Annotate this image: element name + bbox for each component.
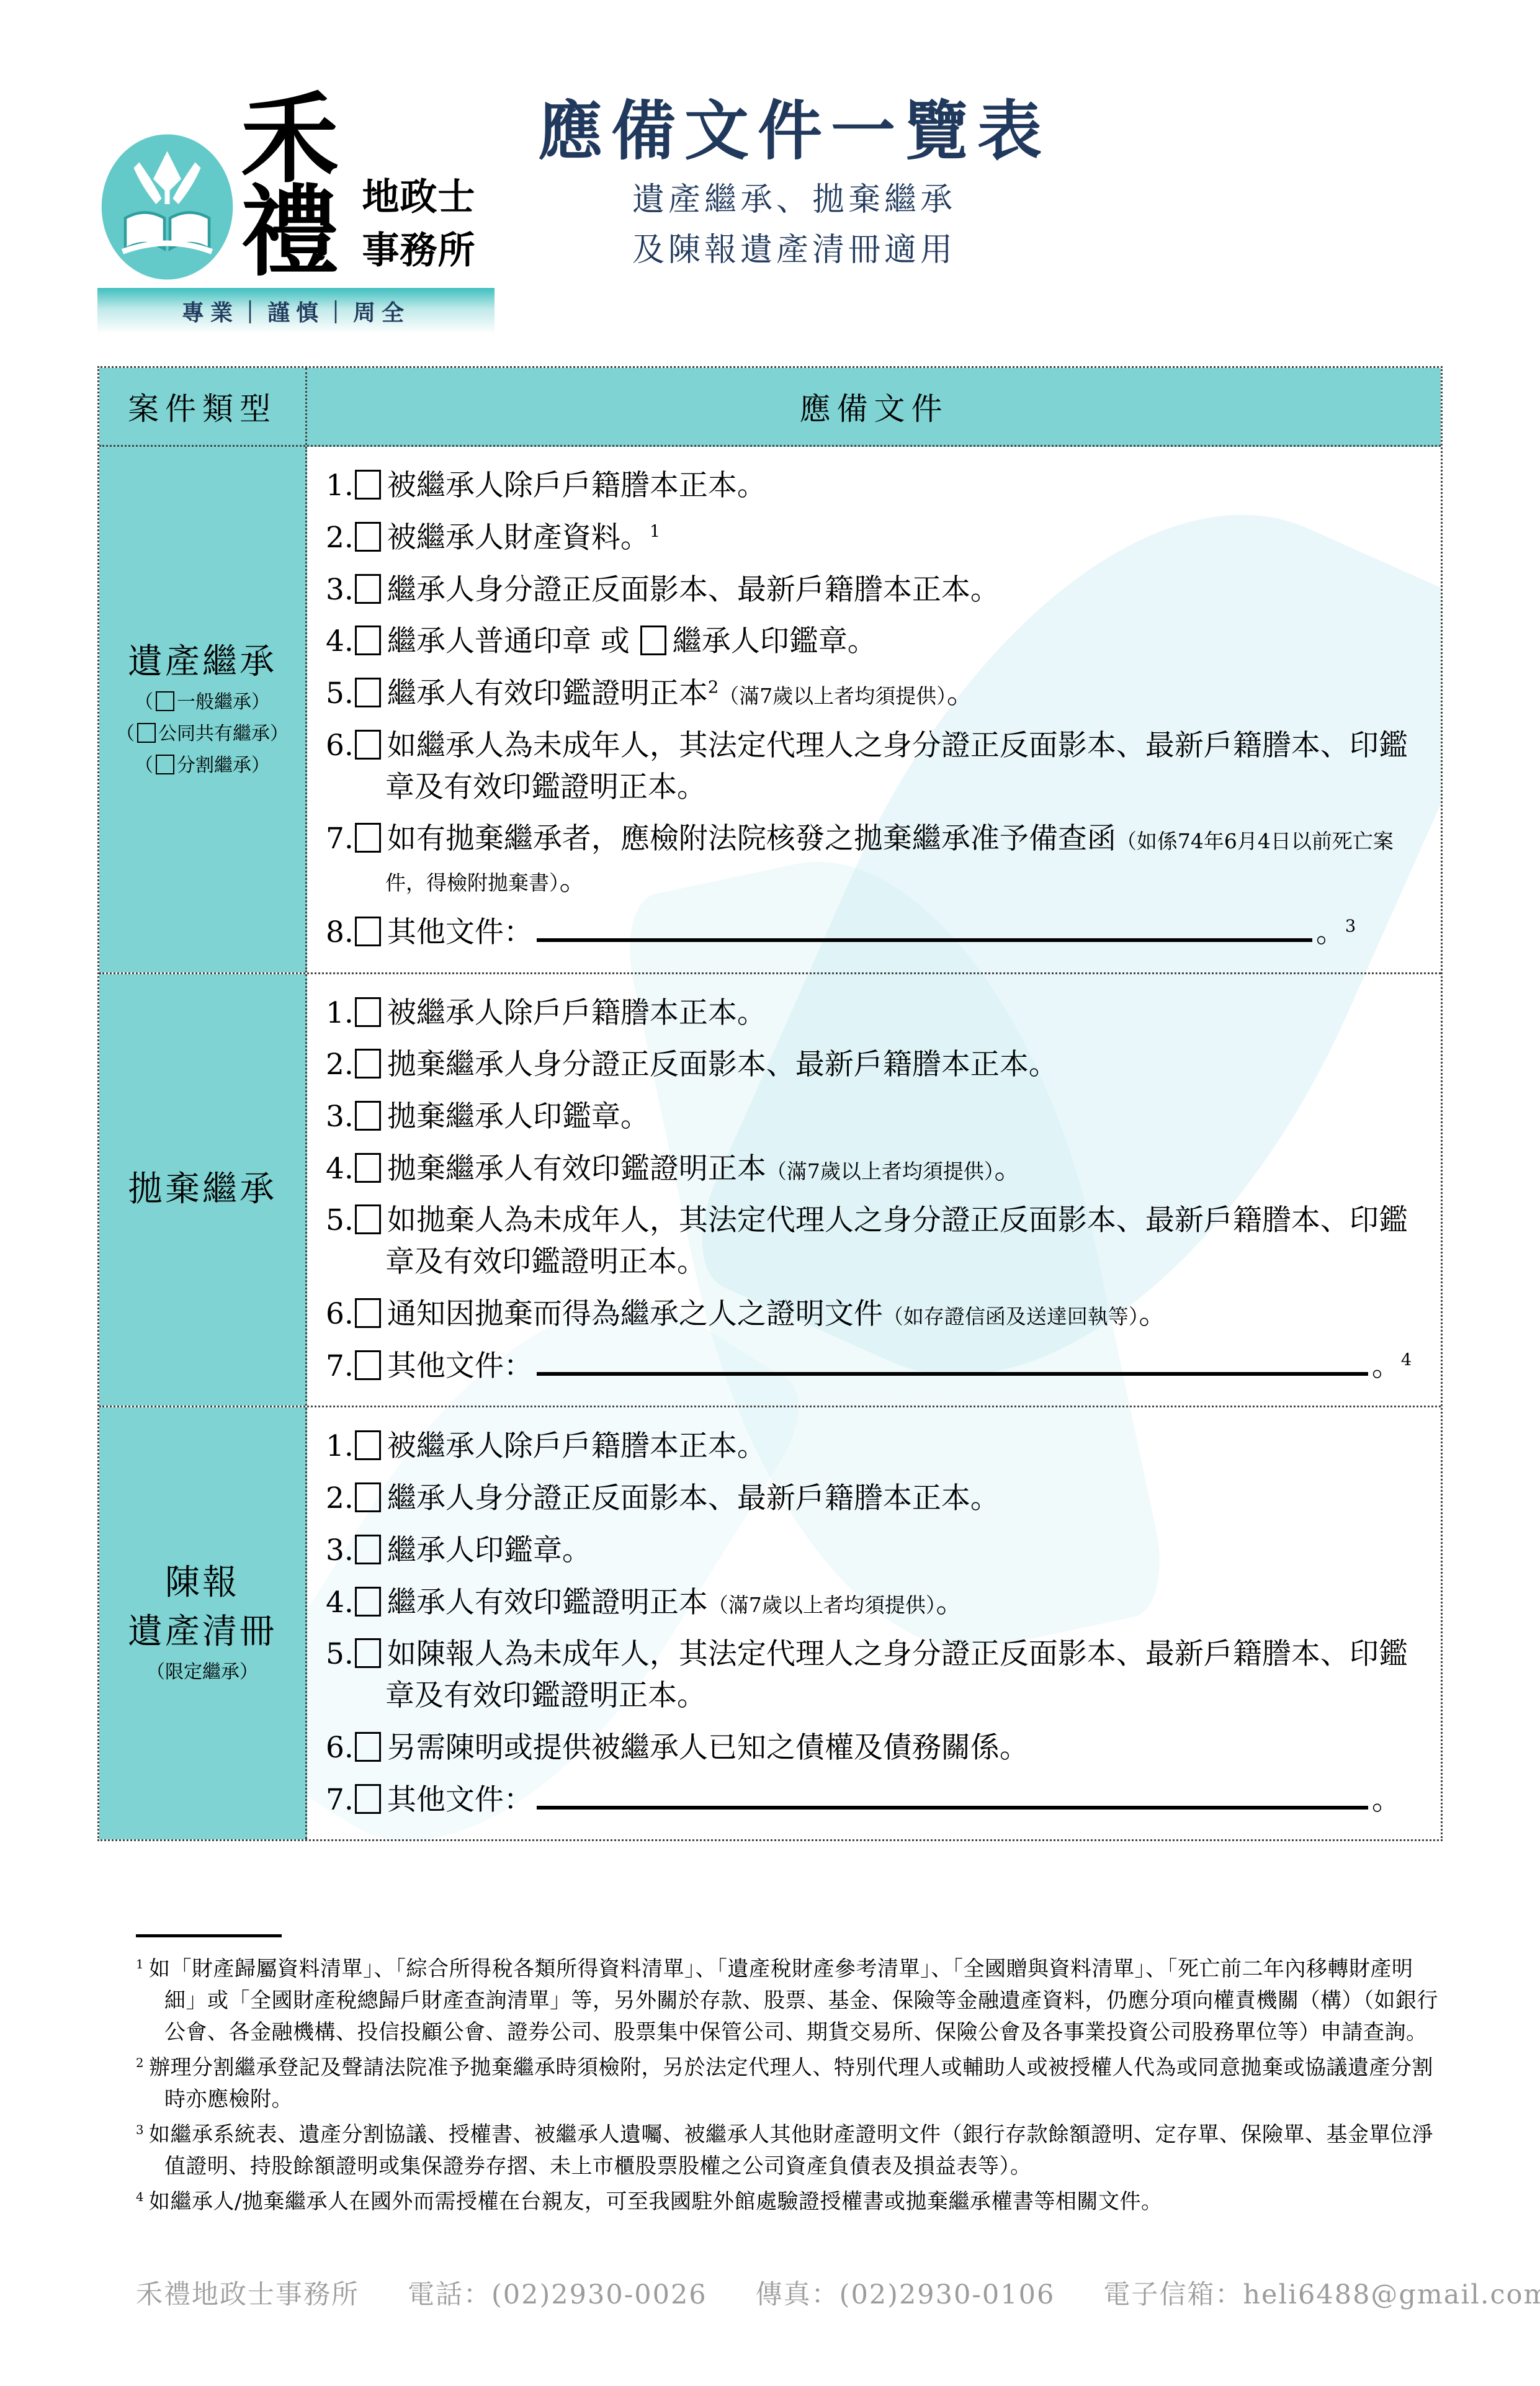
table-header-row: 案件類型 應備文件 [99,368,1441,447]
item-text: 分割繼承） [177,755,270,776]
checkbox[interactable] [355,1638,381,1668]
document-page: 禾禮 地政士事務所 專業｜謹慎｜周全 應備文件一覽表 遺產繼承、拋棄繼承 及陳報… [0,0,1540,2386]
checklist-item: 3.拋棄繼承人印鑑章。 [326,1097,1425,1138]
checkbox[interactable] [355,1350,381,1380]
item-text: 繼承人印鑑章。 [387,1533,591,1567]
brand-small-text: 地政士事務所 [362,168,501,279]
checkbox[interactable] [156,755,174,774]
checkbox[interactable] [355,1535,381,1564]
footnote-ref: 3 [1345,917,1356,936]
item-text: 。 [947,676,976,711]
small-note: （滿7歲以上者均須提供） [766,1159,995,1183]
item-text: 被繼承人除戶戶籍謄本正本。 [387,996,766,1030]
item-text: 拋棄繼承人有效印鑑證明正本 [387,1152,766,1186]
checklist-item: 7.其他文件：。 [326,1780,1425,1821]
item-number: 2. [326,1481,354,1515]
checklist-item: 8.其他文件：。3 [326,912,1425,954]
checklist-item: 5.如陳報人為未成年人，其法定代理人之身分證正反面影本、最新戶籍謄本、印鑑章及有… [326,1634,1425,1716]
checkbox[interactable] [355,1587,381,1617]
case-type-option: （限定繼承） [146,1656,258,1688]
footer-fax: 傳真：(02)2930-0106 [756,2274,1055,2312]
footnote: 1如「財產歸屬資料清單」、「綜合所得稅各類所得資料清單」、「遺產稅財產參考清單」… [136,1953,1443,2048]
footnote: 4如繼承人/拋棄繼承人在國外而需授權在台親友，可至我國駐外館處驗證授權書或拋棄繼… [136,2186,1443,2218]
checkbox[interactable] [355,574,381,604]
footnote-number: 4 [136,2190,144,2204]
checklist-item: 4.繼承人普通印章 或 繼承人印鑑章。 [326,621,1425,663]
item-number: 5. [326,1637,354,1671]
item-text: 繼承人有效印鑑證明正本 [387,1585,708,1620]
table-row: 拋棄繼承1.被繼承人除戶戶籍謄本正本。2.拋棄繼承人身分證正反面影本、最新戶籍謄… [99,974,1441,1408]
item-number: 5. [326,1203,354,1237]
item-text: 如有拋棄繼承者，應檢附法院核發之拋棄繼承准予備查函 [387,822,1116,856]
case-type-option: （一般繼承） [135,686,270,718]
checkbox[interactable] [355,626,381,655]
item-text: 通知因拋棄而得為繼承之人之證明文件 [387,1297,883,1331]
item-text: 拋棄繼承人身分證正反面影本、最新戶籍謄本正本。 [387,1047,1058,1082]
case-type-title: 拋棄繼承 [128,1165,277,1214]
item-number: 6. [326,729,354,763]
item-text: 另需陳明或提供被繼承人已知之債權及債務關係。 [387,1731,1029,1765]
checkbox[interactable] [355,1784,381,1814]
checkbox[interactable] [355,470,381,500]
table-body: 遺產繼承（一般繼承）（公同共有繼承）（分割繼承）1.被繼承人除戶戶籍謄本正本。2… [99,447,1441,1839]
table-row: 陳報遺產清冊（限定繼承）1.被繼承人除戶戶籍謄本正本。2.繼承人身分證正反面影本… [99,1407,1441,1839]
item-number: 5. [326,676,354,711]
footnote-ref: 2 [708,678,719,697]
item-number: 1. [326,996,354,1030]
checkbox[interactable] [355,997,381,1027]
page-subtitle: 遺產繼承、拋棄繼承 及陳報遺產清冊適用 [538,175,1050,275]
case-type-cell: 拋棄繼承 [99,974,307,1406]
item-text: 。 [1372,1783,1401,1817]
checkbox[interactable] [137,723,156,743]
item-text: 被繼承人除戶戶籍謄本正本。 [387,469,766,503]
item-number: 6. [326,1297,354,1331]
item-text: 繼承人普通印章 或 [387,624,639,658]
item-text: 其他文件： [387,1349,533,1383]
item-number: 3. [326,573,354,607]
footnotes: 1如「財產歸屬資料清單」、「綜合所得稅各類所得資料清單」、「遺產稅財產參考清單」… [136,1934,1443,2218]
item-number: 2. [326,521,354,555]
footnote-text: 如繼承人/拋棄繼承人在國外而需授權在台親友，可至我國駐外館處驗證授權書或拋棄繼承… [149,2189,1162,2214]
item-text: 如陳報人為未成年人，其法定代理人之身分證正反面影本、最新戶籍謄本、印鑑章及有效印… [385,1637,1408,1713]
checklist-item: 4.繼承人有效印鑑證明正本（滿7歲以上者均須提供）。 [326,1582,1425,1624]
footnote-text: 如「財產歸屬資料清單」、「綜合所得稅各類所得資料清單」、「遺產稅財產參考清單」、… [149,1957,1438,2045]
logo: 禾禮 地政士事務所 專業｜謹慎｜周全 [97,93,501,334]
item-text: （限定繼承） [146,1661,258,1683]
item-text: 。 [936,1585,965,1620]
item-number: 8. [326,915,354,949]
footer-email: 電子信箱：heli6488@gmail.com [1103,2274,1540,2312]
item-text: 繼承人身分證正反面影本、最新戶籍謄本正本。 [387,573,1000,607]
item-text: 其他文件： [387,915,533,949]
footer-phone: 電話：(02)2930-0026 [408,2274,707,2312]
item-text: 拋棄繼承人印鑑章。 [387,1100,650,1134]
brand-large-text: 禾禮 [241,93,362,279]
checkbox[interactable] [355,1204,381,1234]
item-text: （ [135,691,153,713]
checklist-item: 1.被繼承人除戶戶籍謄本正本。 [326,465,1425,507]
item-text: 。 [1372,1349,1401,1383]
item-number: 4. [326,1152,354,1186]
checkbox[interactable] [355,522,381,552]
checklist-item: 5.繼承人有效印鑑證明正本2（滿7歲以上者均須提供）。 [326,673,1425,715]
footnote-separator [136,1934,282,1937]
item-text: 。 [1316,915,1345,949]
subtitle-line-1: 遺產繼承、拋棄繼承 [538,175,1050,225]
checklist-item: 7.如有拋棄繼承者，應檢附法院核發之拋棄繼承准予備查函（如係74年6月4日以前死… [326,819,1425,901]
brand-tagline: 專業｜謹慎｜周全 [182,295,410,327]
small-note: （滿7歲以上者均須提供） [719,684,947,708]
checkbox[interactable] [355,1430,381,1460]
item-text: 繼承人身分證正反面影本、最新戶籍謄本正本。 [387,1481,1000,1515]
fill-in-line[interactable] [537,1803,1368,1810]
item-text: 公同共有繼承） [158,723,289,745]
checkbox[interactable] [355,1049,381,1079]
documents-cell: 1.被繼承人除戶戶籍謄本正本。2.拋棄繼承人身分證正反面影本、最新戶籍謄本正本。… [307,974,1441,1406]
footnote-list: 1如「財產歸屬資料清單」、「綜合所得稅各類所得資料清單」、「遺產稅財產參考清單」… [136,1953,1443,2218]
item-text: 如繼承人為未成年人，其法定代理人之身分證正反面影本、最新戶籍謄本、印鑑章及有效印… [385,729,1408,804]
footnote-ref: 4 [1401,1350,1412,1370]
checklist-item: 2.被繼承人財產資料。1 [326,518,1425,559]
logo-icon [97,131,237,283]
item-text: （ [116,723,135,745]
item-number: 7. [326,1349,354,1383]
footnote-text: 辦理分割繼承登記及聲請法院准予拋棄繼承時須檢附，另於法定代理人、特別代理人或輔助… [149,2055,1433,2112]
checklist-item: 6.另需陳明或提供被繼承人已知之債權及債務關係。 [326,1728,1425,1769]
item-number: 3. [326,1533,354,1567]
checklist-item: 3.繼承人印鑑章。 [326,1530,1425,1572]
checklist-item: 1.被繼承人除戶戶籍謄本正本。 [326,1426,1425,1468]
checklist-item: 3.繼承人身分證正反面影本、最新戶籍謄本正本。 [326,570,1425,611]
footnote-number: 1 [136,1957,144,1971]
checkbox[interactable] [355,730,381,760]
item-number: 3. [326,1100,354,1134]
case-type-title: 陳報 [165,1559,240,1607]
small-note: （滿7歲以上者均須提供） [708,1593,936,1617]
item-text: 一般繼承） [177,691,270,713]
table-row: 遺產繼承（一般繼承）（公同共有繼承）（分割繼承）1.被繼承人除戶戶籍謄本正本。2… [99,447,1441,974]
documents-cell: 1.被繼承人除戶戶籍謄本正本。2.繼承人身分證正反面影本、最新戶籍謄本正本。3.… [307,1407,1441,1839]
checkbox[interactable] [355,1298,381,1328]
item-number: 1. [326,1429,354,1463]
item-number: 2. [326,1047,354,1082]
checkbox[interactable] [156,691,174,711]
case-type-option: （分割繼承） [135,750,270,781]
item-text: 被繼承人財產資料。 [387,521,650,555]
item-number: 4. [326,624,354,658]
case-type-cell: 遺產繼承（一般繼承）（公同共有繼承）（分割繼承） [99,447,307,972]
item-text: 如拋棄人為未成年人，其法定代理人之身分證正反面影本、最新戶籍謄本、印鑑章及有效印… [385,1203,1408,1279]
checklist-item: 2.繼承人身分證正反面影本、最新戶籍謄本正本。 [326,1478,1425,1520]
footnote-number: 3 [136,2123,144,2137]
fill-in-line[interactable] [537,936,1312,942]
checklist-item: 5.如拋棄人為未成年人，其法定代理人之身分證正反面影本、最新戶籍謄本、印鑑章及有… [326,1200,1425,1283]
brand-tagline-bar: 專業｜謹慎｜周全 [97,288,495,334]
footnote-text: 如繼承系統表、遺產分割協議、授權書、被繼承人遺囑、被繼承人其他財產證明文件（銀行… [149,2122,1433,2179]
case-type-cell: 陳報遺產清冊（限定繼承） [99,1407,307,1839]
item-text: 繼承人有效印鑑證明正本 [387,676,708,711]
case-type-title: 遺產清冊 [128,1608,277,1656]
checkbox[interactable] [355,678,381,707]
item-text: （ [135,755,153,776]
item-text: 。 [560,863,589,897]
item-text: 被繼承人除戶戶籍謄本正本。 [387,1429,766,1463]
column-header-documents: 應備文件 [307,368,1441,445]
page-footer: 禾禮地政士事務所 電話：(02)2930-0026 傳真：(02)2930-01… [136,2274,1443,2312]
small-note: （如存證信函及送達回執等） [883,1304,1139,1329]
checklist-item: 1.被繼承人除戶戶籍謄本正本。 [326,993,1425,1034]
item-text: 。 [1139,1297,1168,1331]
checklist-item: 6.通知因拋棄而得為繼承之人之證明文件（如存證信函及送達回執等）。 [326,1294,1425,1335]
item-text: 其他文件： [387,1783,533,1817]
item-text: 。 [994,1152,1023,1186]
documents-cell: 1.被繼承人除戶戶籍謄本正本。2.被繼承人財產資料。13.繼承人身分證正反面影本… [307,447,1441,972]
requirements-table: 案件類型 應備文件 遺產繼承（一般繼承）（公同共有繼承）（分割繼承）1.被繼承人… [97,366,1443,1841]
checkbox[interactable] [640,626,666,655]
checkbox[interactable] [355,823,381,853]
item-number: 7. [326,1783,354,1817]
item-number: 4. [326,1585,354,1620]
footnote-ref: 1 [650,522,660,541]
fill-in-line[interactable] [537,1370,1368,1376]
footnote-number: 2 [136,2056,144,2070]
page-title: 應備文件一覽表 [538,96,1050,166]
checkbox[interactable] [355,917,381,946]
checkbox[interactable] [355,1153,381,1183]
checklist-item: 4.拋棄繼承人有效印鑑證明正本（滿7歲以上者均須提供）。 [326,1149,1425,1190]
checkbox[interactable] [355,1732,381,1762]
item-number: 6. [326,1731,354,1765]
title-block: 應備文件一覽表 遺產繼承、拋棄繼承 及陳報遺產清冊適用 [538,93,1050,276]
subtitle-line-2: 及陳報遺產清冊適用 [538,225,1050,276]
footer-company: 禾禮地政士事務所 [136,2274,359,2312]
item-number: 7. [326,822,354,856]
case-type-option: （公同共有繼承） [116,718,289,750]
column-header-case-type: 案件類型 [99,368,307,445]
footnote: 3如繼承系統表、遺產分割協議、授權書、被繼承人遺囑、被繼承人其他財產證明文件（銀… [136,2119,1443,2182]
checkbox[interactable] [355,1482,381,1512]
brand-name: 禾禮 地政士事務所 [241,93,501,283]
checklist-item: 2.拋棄繼承人身分證正反面影本、最新戶籍謄本正本。 [326,1044,1425,1086]
item-number: 1. [326,469,354,503]
checklist-item: 6.如繼承人為未成年人，其法定代理人之身分證正反面影本、最新戶籍謄本、印鑑章及有… [326,725,1425,808]
checklist-item: 7.其他文件：。4 [326,1346,1425,1388]
footnote: 2辦理分割繼承登記及聲請法院准予拋棄繼承時須檢附，另於法定代理人、特別代理人或輔… [136,2052,1443,2115]
checkbox[interactable] [355,1101,381,1131]
letterhead: 禾禮 地政士事務所 專業｜謹慎｜周全 應備文件一覽表 遺產繼承、拋棄繼承 及陳報… [97,93,1443,334]
case-type-title: 遺產繼承 [128,638,277,686]
item-text: 繼承人印鑑章。 [673,624,877,658]
